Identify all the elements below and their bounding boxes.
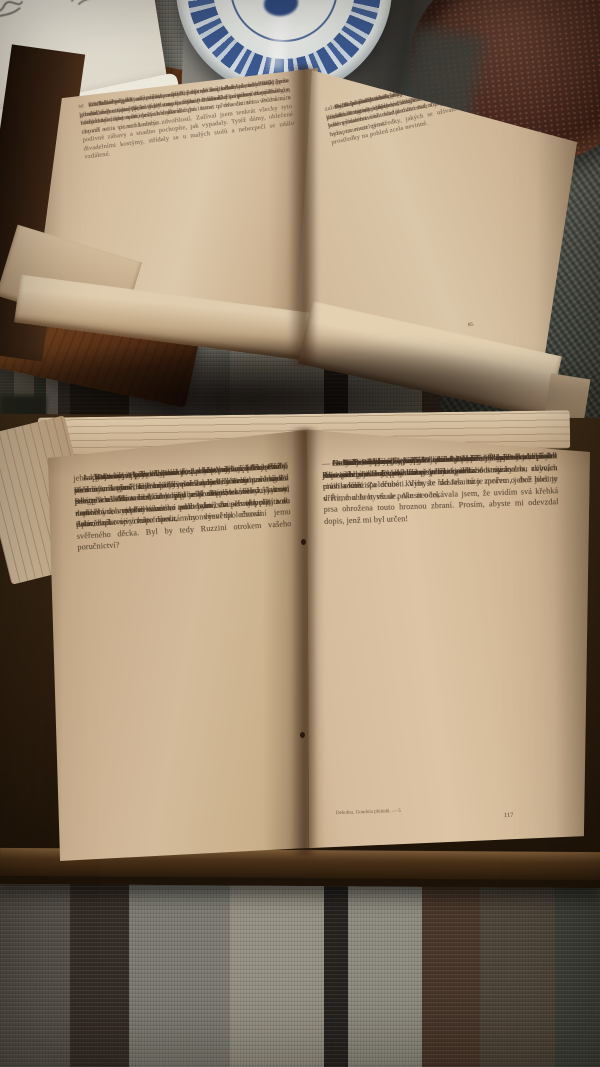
running-footer: Dekobra, Gondola přeludů. — 5 (336, 809, 401, 816)
page-number: 117 (504, 812, 514, 819)
sewing-hole (300, 732, 305, 738)
sewing-hole (301, 539, 306, 545)
page-text: jeho postavou a panoramatickým pohledem,… (73, 460, 288, 473)
page-number: 85 (467, 322, 474, 329)
book-bottom-left-page: jeho postavou a panoramatickým pohledem,… (25, 425, 315, 865)
page-text: — Nuže?— Tento dopis vám nebyl doručen, … (322, 450, 557, 458)
book-top-gutter-shadow (288, 66, 318, 366)
still-life-photo-open-books: se zdvihl. Nebylo už slyšet nic než pras… (0, 0, 600, 1067)
etched-motif-icon (0, 0, 28, 25)
book-bottom-gutter-shadow (290, 428, 318, 856)
book-bottom-right-page: — Nuže?— Tento dopis vám nebyl doručen, … (292, 420, 597, 865)
etched-motif-icon (65, 0, 119, 10)
